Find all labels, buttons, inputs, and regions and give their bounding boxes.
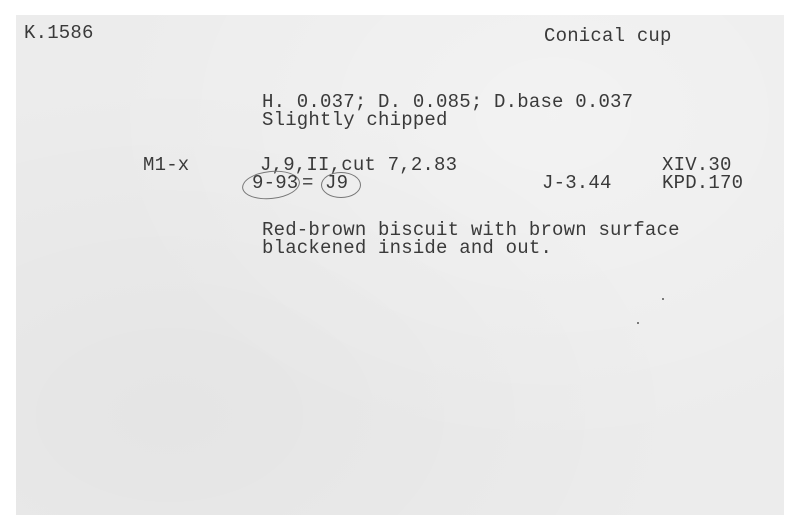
reference-bottom: KPD.170 [662,173,743,193]
catalog-card: K.1586 Conical cup H. 0.037; D. 0.085; D… [16,15,784,515]
paper-speck [662,298,664,300]
condition: Slightly chipped [262,110,448,130]
annotation-equals: = [302,173,314,193]
paper-speck [637,322,639,324]
annotation-right: J9 [325,173,348,193]
context-code: M1-x [143,155,189,175]
catalog-number: K.1586 [24,23,94,43]
annotation-left: 9-93 [252,173,298,193]
inventory-number: J-3.44 [542,173,612,193]
description-line-2: blackened inside and out. [262,238,552,258]
object-type: Conical cup [544,26,672,46]
